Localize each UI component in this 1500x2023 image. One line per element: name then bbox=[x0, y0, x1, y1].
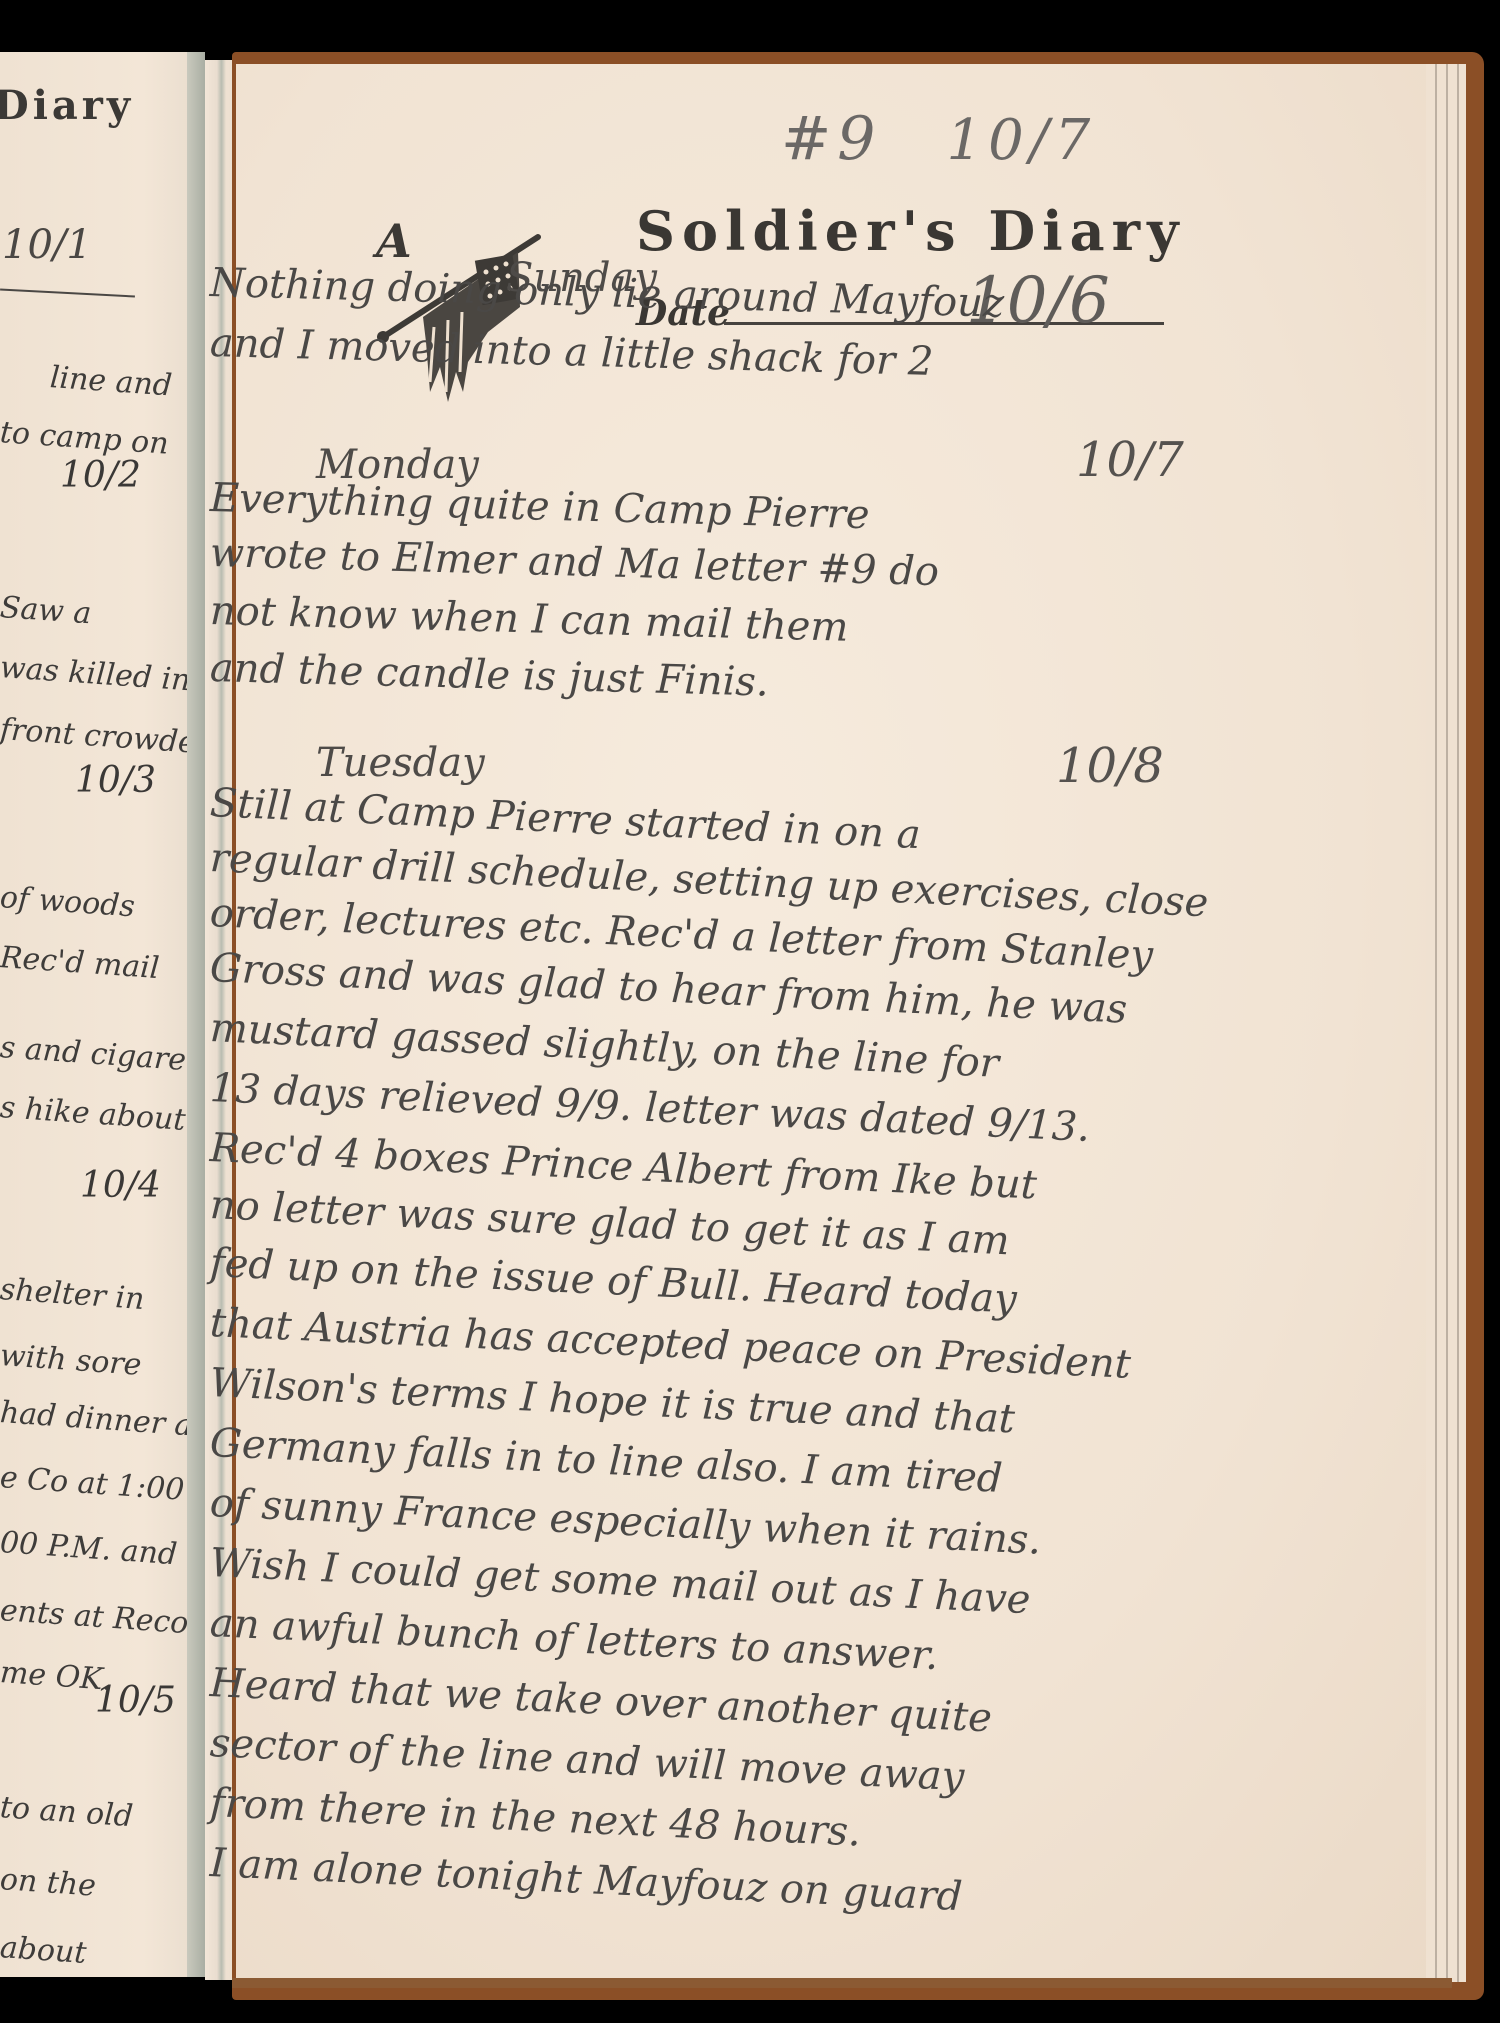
book-bottom-edge bbox=[232, 1978, 1452, 1988]
left-page-line: s hike about bbox=[0, 1090, 187, 1138]
entry-text-line: Nothing doing only lie around Mayfouz bbox=[209, 260, 1004, 327]
entry-text-line: Everything quite in Camp Pierre bbox=[209, 475, 870, 538]
entry-date: 10/7 bbox=[1076, 432, 1184, 488]
entry-day-label: Tuesday bbox=[316, 740, 485, 786]
left-page-line: about bbox=[0, 1930, 88, 1971]
left-page-line: shelter in bbox=[0, 1272, 146, 1317]
left-page-printed-title: Diary bbox=[0, 82, 134, 129]
left-page-line: Rec'd mail bbox=[0, 940, 160, 986]
left-page-line: e Co at 1:00 bbox=[0, 1460, 185, 1508]
left-page-date: 10/1 bbox=[2, 222, 92, 268]
left-page-line: with sore bbox=[0, 1338, 143, 1383]
gutter-shadow bbox=[187, 52, 205, 1977]
entry-date: 10/8 bbox=[1056, 738, 1164, 794]
left-page-line: to an old bbox=[0, 1790, 134, 1834]
right-diary-page: #9 10/7 A Soldier's Diary Date 10/6 Sund… bbox=[236, 64, 1466, 1982]
left-page-entry-date: 10/4 bbox=[80, 1165, 161, 1206]
entry-text-line: wrote to Elmer and Ma letter #9 do bbox=[209, 530, 939, 595]
entry-text-line: and the candle is just Finis. bbox=[209, 645, 769, 706]
left-page-line: front crowded bbox=[0, 712, 205, 762]
left-page-date-rule bbox=[0, 288, 135, 297]
left-page-entry-date: 10/3 bbox=[75, 760, 156, 801]
header-handwritten-note: #9 10/7 bbox=[781, 104, 1096, 174]
left-page-line: had dinner at bbox=[0, 1395, 205, 1444]
entry-text-line: and I moved into a little shack for 2 bbox=[209, 320, 934, 385]
left-page-entry-date: 10/2 bbox=[60, 455, 141, 496]
printed-title: Soldier's Diary bbox=[636, 199, 1186, 263]
left-page-line: on the bbox=[0, 1862, 97, 1904]
left-page-line: 00 P.M. and bbox=[0, 1525, 178, 1572]
left-page-line: Saw a bbox=[0, 590, 93, 631]
left-page-line: s and cigarettes bbox=[0, 1030, 205, 1082]
header-date: 10/7 bbox=[947, 108, 1097, 173]
left-page-line: line and bbox=[49, 360, 173, 403]
entry-text-line: not know when I can mail them bbox=[209, 588, 849, 651]
letter-number: #9 bbox=[781, 104, 881, 174]
left-page-entry-date: 10/5 bbox=[95, 1680, 176, 1721]
left-diary-page: Diary 10/1 line andto camp onSaw awas ki… bbox=[0, 52, 205, 1977]
left-page-line: of woods bbox=[0, 880, 136, 924]
left-page-line: was killed in bbox=[0, 650, 192, 698]
page-edges bbox=[1426, 64, 1466, 1982]
left-page-line: ents at Recount bbox=[0, 1593, 205, 1645]
